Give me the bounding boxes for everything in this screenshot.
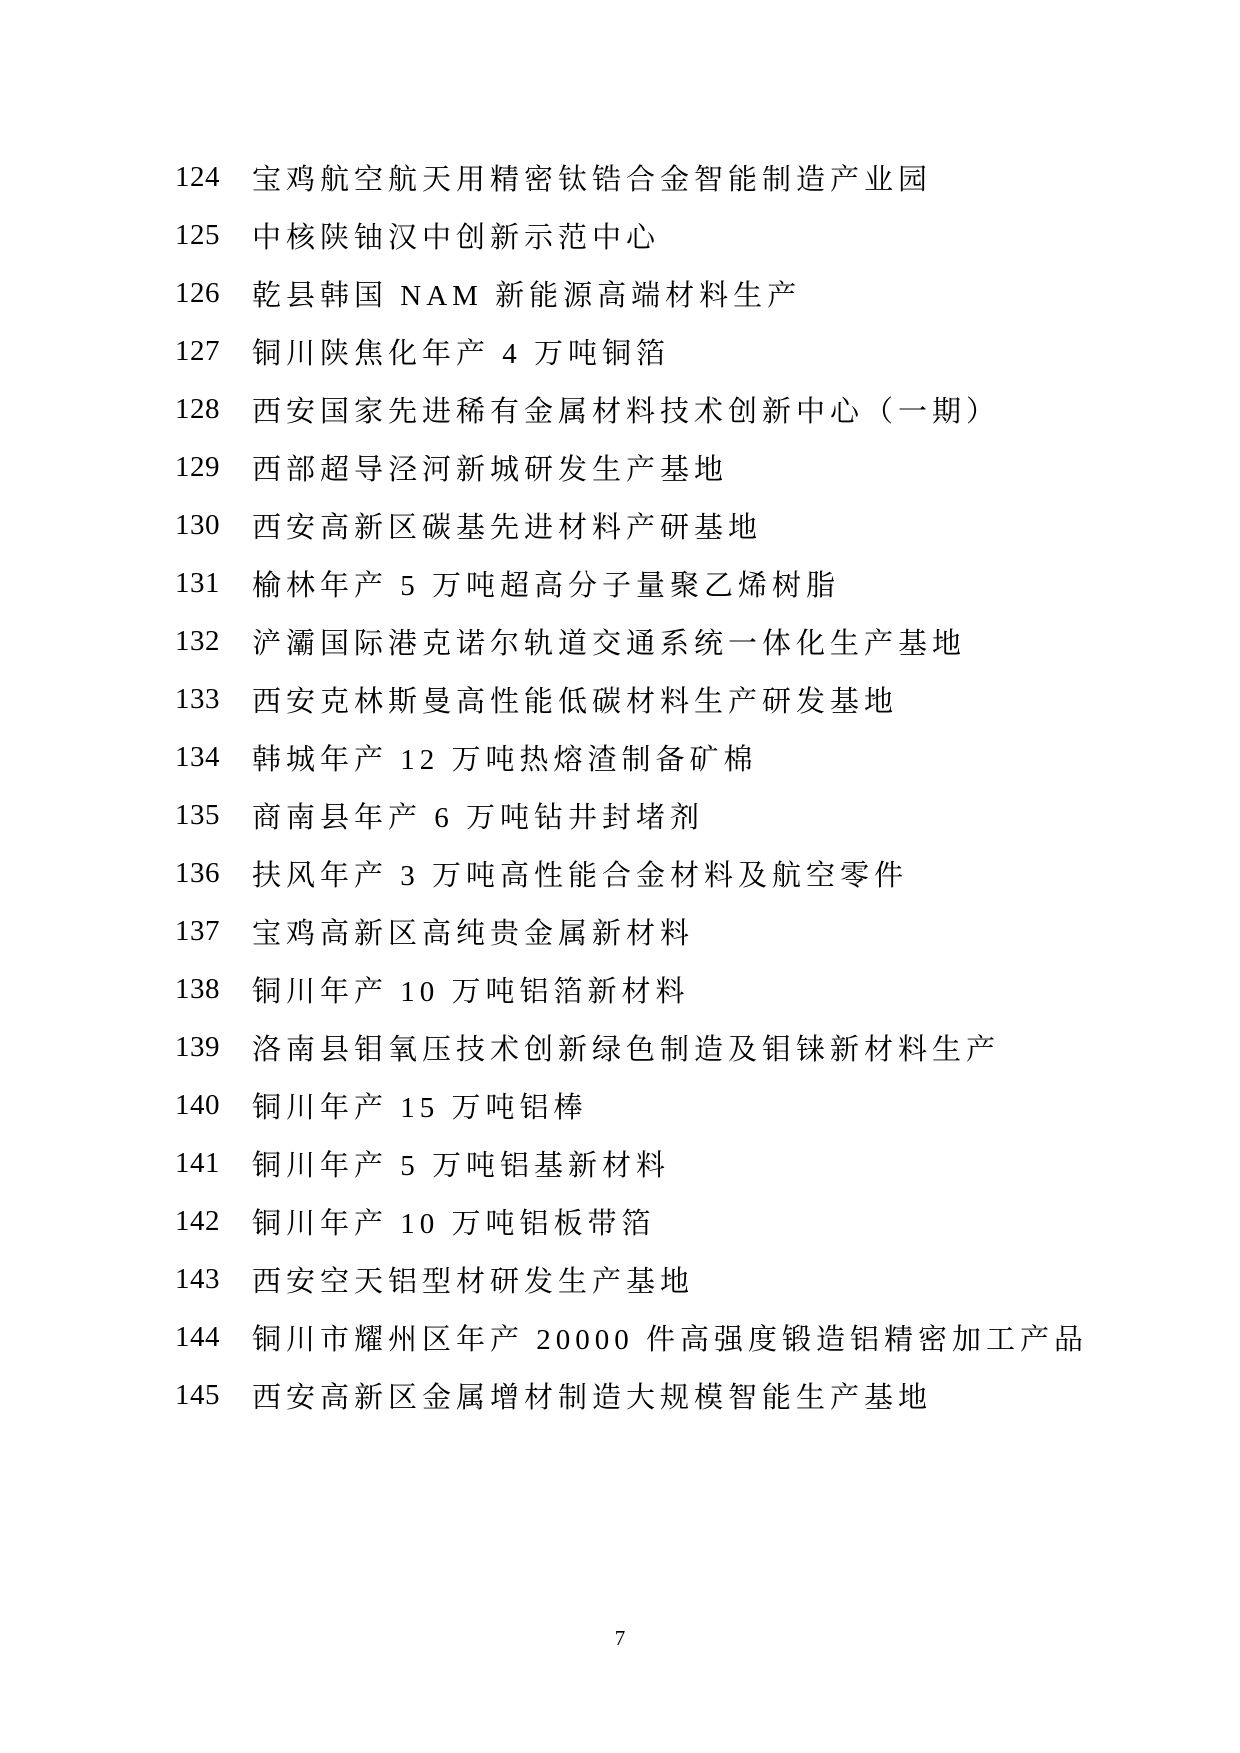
- project-number: 131: [175, 567, 252, 600]
- project-number: 139: [175, 1031, 252, 1064]
- project-row: 130 西安高新区碳基先进材料产研基地: [175, 496, 1200, 554]
- project-number: 133: [175, 683, 252, 716]
- project-number: 144: [175, 1321, 252, 1354]
- project-number: 140: [175, 1089, 252, 1122]
- project-title: 扶风年产 3 万吨高性能合金材料及航空零件: [252, 853, 908, 894]
- project-number: 129: [175, 451, 252, 484]
- project-row: 138 铜川年产 10 万吨铝箔新材料: [175, 960, 1200, 1018]
- project-row: 133 西安克林斯曼高性能低碳材料生产研发基地: [175, 670, 1200, 728]
- project-row: 129 西部超导泾河新城研发生产基地: [175, 438, 1200, 496]
- project-title: 榆林年产 5 万吨超高分子量聚乙烯树脂: [252, 563, 840, 604]
- project-number: 141: [175, 1147, 252, 1180]
- project-row: 127 铜川陕焦化年产 4 万吨铜箔: [175, 322, 1200, 380]
- project-title: 铜川陕焦化年产 4 万吨铜箔: [252, 331, 670, 372]
- project-number: 145: [175, 1379, 252, 1412]
- project-title: 中核陕铀汉中创新示范中心: [252, 215, 660, 256]
- project-title: 商南县年产 6 万吨钻井封堵剂: [252, 795, 704, 836]
- project-title: 洛南县钼氧压技术创新绿色制造及钼铼新材料生产: [252, 1027, 1000, 1068]
- project-row: 128 西安国家先进稀有金属材料技术创新中心（一期）: [175, 380, 1200, 438]
- project-number: 132: [175, 625, 252, 658]
- project-row: 140 铜川年产 15 万吨铝棒: [175, 1076, 1200, 1134]
- project-title: 韩城年产 12 万吨热熔渣制备矿棉: [252, 737, 758, 778]
- project-title: 西部超导泾河新城研发生产基地: [252, 447, 728, 488]
- project-row: 135 商南县年产 6 万吨钻井封堵剂: [175, 786, 1200, 844]
- project-number: 127: [175, 335, 252, 368]
- page-number: 7: [0, 1626, 1240, 1651]
- project-row: 139 洛南县钼氧压技术创新绿色制造及钼铼新材料生产: [175, 1018, 1200, 1076]
- project-title: 宝鸡航空航天用精密钛锆合金智能制造产业园: [252, 157, 932, 198]
- project-title: 铜川市耀州区年产 20000 件高强度锻造铝精密加工产品: [252, 1317, 1088, 1358]
- project-row: 143 西安空天铝型材研发生产基地: [175, 1250, 1200, 1308]
- project-number: 128: [175, 393, 252, 426]
- project-number: 136: [175, 857, 252, 890]
- project-number: 124: [175, 161, 252, 194]
- project-row: 125 中核陕铀汉中创新示范中心: [175, 206, 1200, 264]
- project-title: 西安高新区碳基先进材料产研基地: [252, 505, 762, 546]
- project-row: 145 西安高新区金属增材制造大规模智能生产基地: [175, 1366, 1200, 1424]
- project-row: 142 铜川年产 10 万吨铝板带箔: [175, 1192, 1200, 1250]
- project-number: 137: [175, 915, 252, 948]
- project-number: 134: [175, 741, 252, 774]
- project-row: 136 扶风年产 3 万吨高性能合金材料及航空零件: [175, 844, 1200, 902]
- project-number: 130: [175, 509, 252, 542]
- project-row: 134 韩城年产 12 万吨热熔渣制备矿棉: [175, 728, 1200, 786]
- project-list: 124 宝鸡航空航天用精密钛锆合金智能制造产业园 125 中核陕铀汉中创新示范中…: [0, 0, 1240, 1424]
- project-title: 西安空天铝型材研发生产基地: [252, 1259, 694, 1300]
- project-title: 铜川年产 10 万吨铝箔新材料: [252, 969, 690, 1010]
- project-number: 125: [175, 219, 252, 252]
- project-title: 铜川年产 10 万吨铝板带箔: [252, 1201, 656, 1242]
- project-title: 浐灞国际港克诺尔轨道交通系统一体化生产基地: [252, 621, 966, 662]
- project-row: 137 宝鸡高新区高纯贵金属新材料: [175, 902, 1200, 960]
- document-page: 124 宝鸡航空航天用精密钛锆合金智能制造产业园 125 中核陕铀汉中创新示范中…: [0, 0, 1240, 1753]
- project-title: 铜川年产 15 万吨铝棒: [252, 1085, 588, 1126]
- project-title: 西安高新区金属增材制造大规模智能生产基地: [252, 1375, 932, 1416]
- project-row: 126 乾县韩国 NAM 新能源高端材料生产: [175, 264, 1200, 322]
- project-number: 142: [175, 1205, 252, 1238]
- project-number: 135: [175, 799, 252, 832]
- project-row: 144 铜川市耀州区年产 20000 件高强度锻造铝精密加工产品: [175, 1308, 1200, 1366]
- project-title: 西安克林斯曼高性能低碳材料生产研发基地: [252, 679, 898, 720]
- project-number: 126: [175, 277, 252, 310]
- project-row: 124 宝鸡航空航天用精密钛锆合金智能制造产业园: [175, 148, 1200, 206]
- project-title: 西安国家先进稀有金属材料技术创新中心（一期）: [252, 389, 1000, 430]
- project-row: 141 铜川年产 5 万吨铝基新材料: [175, 1134, 1200, 1192]
- project-title: 宝鸡高新区高纯贵金属新材料: [252, 911, 694, 952]
- project-number: 143: [175, 1263, 252, 1296]
- project-number: 138: [175, 973, 252, 1006]
- project-title: 乾县韩国 NAM 新能源高端材料生产: [252, 273, 801, 314]
- project-row: 132 浐灞国际港克诺尔轨道交通系统一体化生产基地: [175, 612, 1200, 670]
- project-row: 131 榆林年产 5 万吨超高分子量聚乙烯树脂: [175, 554, 1200, 612]
- project-title: 铜川年产 5 万吨铝基新材料: [252, 1143, 670, 1184]
